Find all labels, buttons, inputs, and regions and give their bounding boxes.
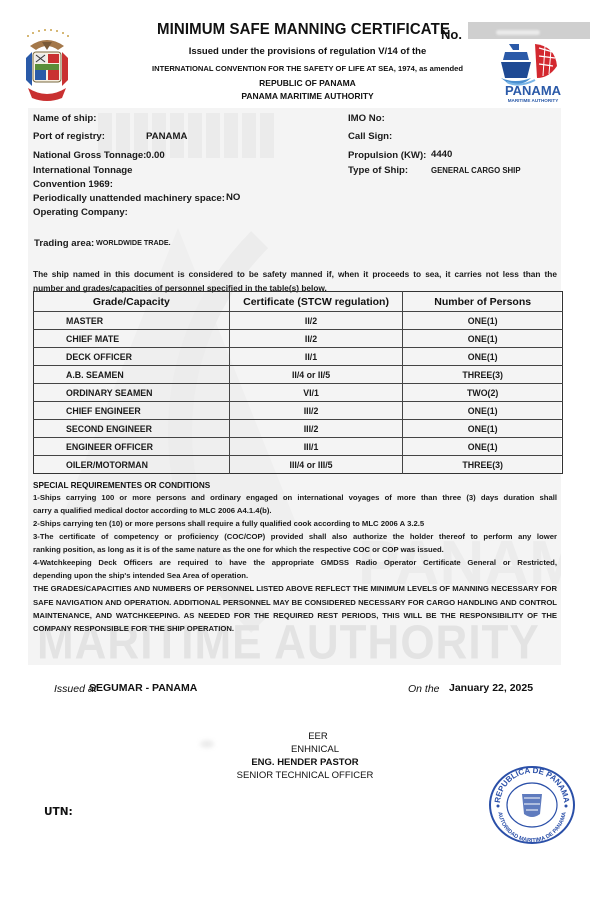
call-sign-label: Call Sign: [348, 131, 392, 142]
table-row: MASTERII/2ONE(1) [34, 312, 563, 330]
certificate-cell: VI/1 [229, 384, 403, 402]
type-of-ship-value: GENERAL CARGO SHIP [431, 166, 521, 175]
persons-cell: ONE(1) [403, 402, 563, 420]
table-row: OILER/MOTORMANIII/4 or III/5THREE(3) [34, 456, 563, 474]
grade-cell: CHIEF MATE [34, 330, 230, 348]
column-header-persons: Number of Persons [403, 292, 563, 312]
svg-text:PANAMA: PANAMA [505, 83, 562, 98]
propulsion-value: 4440 [431, 149, 452, 160]
manning-note-line3: MAINTENANCE, AND WATCHKEEPING. AS NEEDED… [33, 609, 557, 622]
grade-cell: OILER/MOTORMAN [34, 456, 230, 474]
certificate-cell: III/1 [229, 438, 403, 456]
manning-note-line2: SAFE NAVIGATION AND OPERATION. ADDITIONA… [33, 596, 557, 609]
grade-cell: ENGINEER OFFICER [34, 438, 230, 456]
operating-company-label: Operating Company: [33, 207, 128, 218]
issued-at-value: SEGUMAR - PANAMA [89, 682, 197, 694]
persons-cell: THREE(3) [403, 456, 563, 474]
manning-note-line1: THE GRADES/CAPACITIES AND NUMBERS OF PER… [33, 582, 557, 595]
official-seal-icon: REPUBLICA DE PANAMA AUTORIDAD MARITIMA D… [486, 764, 578, 846]
condition-1-line2: carry a qualified medical doctor accordi… [33, 504, 557, 517]
table-row: A.B. SEAMENII/4 or II/5THREE(3) [34, 366, 563, 384]
table-row: ORDINARY SEAMENVI/1TWO(2) [34, 384, 563, 402]
type-of-ship-label: Type of Ship: [348, 165, 408, 176]
svg-text:MARITIME AUTHORITY: MARITIME AUTHORITY [508, 98, 559, 103]
certificate-number-redacted [468, 22, 590, 39]
certificate-cell: II/4 or II/5 [229, 366, 403, 384]
table-row: SECOND ENGINEERIII/2ONE(1) [34, 420, 563, 438]
manning-table: Grade/Capacity Certificate (STCW regulat… [33, 291, 563, 474]
utn-label: UTN: [44, 806, 73, 818]
persons-cell: ONE(1) [403, 348, 563, 366]
persons-cell: ONE(1) [403, 438, 563, 456]
issue-date-label: On the [408, 683, 440, 695]
grade-cell: MASTER [34, 312, 230, 330]
grade-cell: DECK OFFICER [34, 348, 230, 366]
column-header-grade: Grade/Capacity [34, 292, 230, 312]
certificate-cell: III/2 [229, 402, 403, 420]
table-row: CHIEF ENGINEERIII/2ONE(1) [34, 402, 563, 420]
column-header-certificate: Certificate (STCW regulation) [229, 292, 403, 312]
signatory-name: ENG. HENDER PASTOR [180, 757, 430, 768]
persons-cell: ONE(1) [403, 312, 563, 330]
signature-fragment-1: EER [193, 731, 443, 742]
ship-name-label: Name of ship: [33, 113, 96, 124]
table-row: ENGINEER OFFICERIII/1ONE(1) [34, 438, 563, 456]
port-of-registry-value: PANAMA [146, 131, 187, 142]
certificate-cell: III/2 [229, 420, 403, 438]
condition-3-line1: 3-The certificate of competency or profi… [33, 530, 557, 543]
intro-paragraph-line1: The ship named in this document is consi… [33, 267, 557, 281]
condition-4-line1: 4-Watchkeeping Deck Officers are require… [33, 556, 557, 569]
port-of-registry-label: Port of registry: [33, 131, 105, 142]
certificate-cell: II/2 [229, 312, 403, 330]
trading-area-label: Trading area: [34, 238, 94, 249]
grade-cell: ORDINARY SEAMEN [34, 384, 230, 402]
persons-cell: THREE(3) [403, 366, 563, 384]
grade-cell: A.B. SEAMEN [34, 366, 230, 384]
unattended-machinery-label: Periodically unattended machinery space: [33, 193, 225, 204]
persons-cell: ONE(1) [403, 420, 563, 438]
manning-table-header-row: Grade/Capacity Certificate (STCW regulat… [34, 292, 563, 312]
condition-4-line2: depending upon the ship's intended Sea A… [33, 569, 557, 582]
panama-maritime-authority-logo-icon: PANAMA MARITIME AUTHORITY [497, 38, 569, 104]
condition-2: 2-Ships carrying ten (10) or more person… [33, 517, 557, 530]
certificate-cell: II/2 [229, 330, 403, 348]
national-gross-tonnage-label: National Gross Tonnage: [33, 150, 146, 161]
issue-date-value: January 22, 2025 [449, 682, 533, 694]
grade-cell: SECOND ENGINEER [34, 420, 230, 438]
imo-number-label: IMO No: [348, 113, 385, 124]
condition-3-line2: ranking position, as long as it is of th… [33, 543, 557, 556]
propulsion-label: Propulsion (KW): [348, 150, 426, 161]
table-row: CHIEF MATEII/2ONE(1) [34, 330, 563, 348]
condition-1-line1: 1-Ships carrying 100 or more persons and… [33, 491, 557, 504]
persons-cell: ONE(1) [403, 330, 563, 348]
persons-cell: TWO(2) [403, 384, 563, 402]
special-conditions-heading: SPECIAL REQUIREMENTES OR CONDITIONS [33, 481, 210, 490]
certificate-cell: III/4 or III/5 [229, 456, 403, 474]
certificate-cell: II/1 [229, 348, 403, 366]
national-gross-tonnage-value: 0.00 [146, 150, 165, 161]
manning-note-line4: COMPANY RESPONSIBLE FOR THE SHIP OPERATI… [33, 622, 557, 635]
itc-tonnage-label-line1: International Tonnage [33, 165, 133, 176]
signature-fragment-2: ENHNICAL [190, 744, 440, 755]
grade-cell: CHIEF ENGINEER [34, 402, 230, 420]
unattended-machinery-value: NO [226, 192, 240, 203]
certificate-number-label: No. [441, 27, 462, 42]
itc-tonnage-label-line2: Convention 1969: [33, 179, 113, 190]
table-row: DECK OFFICERII/1ONE(1) [34, 348, 563, 366]
signatory-title: SENIOR TECHNICAL OFFICER [180, 770, 430, 781]
trading-area-value: WORLDWIDE TRADE. [96, 238, 171, 247]
